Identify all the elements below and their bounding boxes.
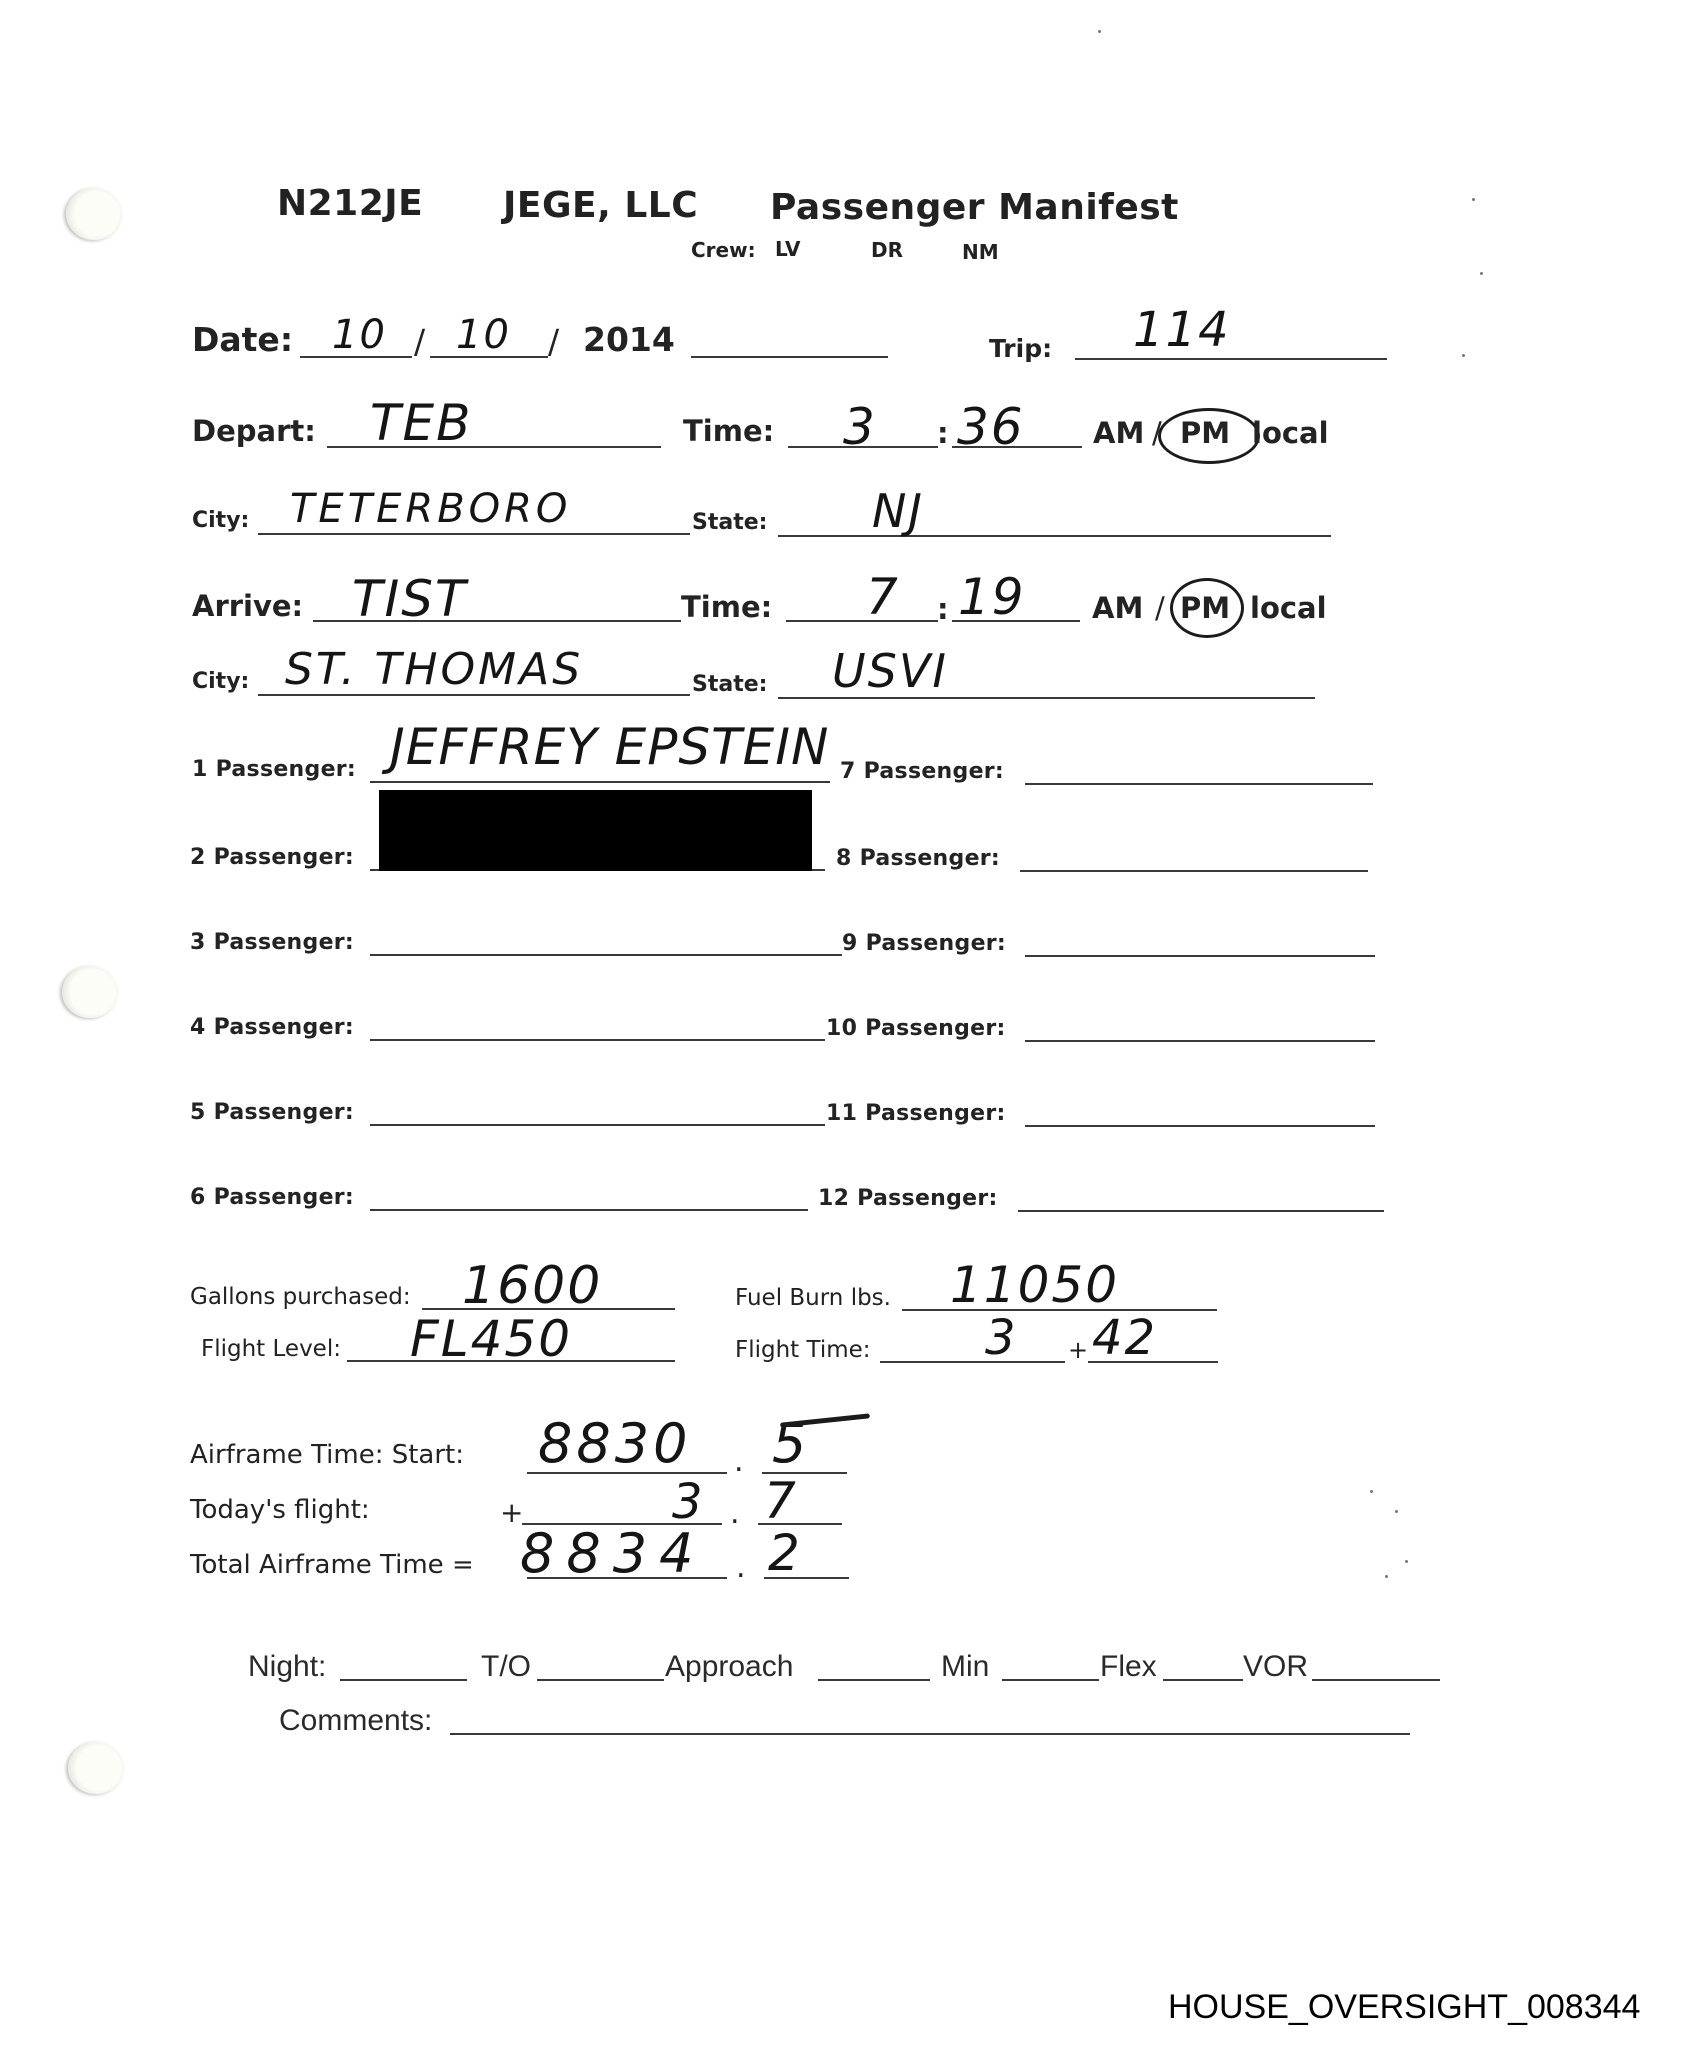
depart-city-field[interactable]: TETERBORO [290,486,571,532]
total-airframe-label: Total Airframe Time = [190,1550,474,1580]
date-label: Date: [192,320,293,359]
hole-punch-bottom [68,1742,124,1794]
passenger-7-line[interactable] [1025,783,1373,785]
depart-pm-selected-circle [1158,408,1260,464]
passenger-12-label: 12 Passenger: [818,1186,998,1211]
depart-state-field[interactable]: NJ [872,484,924,538]
total-airframe-dot: . [736,1550,746,1585]
flight-level-field[interactable]: FL450 [410,1310,572,1368]
passenger-2-label: 2 Passenger: [190,845,354,870]
approach-line[interactable] [818,1679,930,1681]
comments-line[interactable] [450,1733,1410,1735]
passenger-11-label: 11 Passenger: [826,1101,1006,1126]
night-line[interactable] [340,1679,467,1681]
redaction-box [379,790,812,871]
passenger-11-line[interactable] [1025,1125,1375,1127]
arrive-minute-field[interactable]: 19 [958,568,1026,626]
arrive-hour-line [786,620,938,622]
flight-level-label: Flight Level: [201,1336,341,1362]
passenger-7-label: 7 Passenger: [840,759,1004,784]
gallons-label: Gallons purchased: [190,1284,411,1310]
depart-minute-field[interactable]: 36 [957,398,1025,456]
date-year: 2014 [583,320,675,359]
crew-member-1: LV [775,237,800,261]
total-airframe-tenth-field[interactable]: 2 [768,1524,802,1582]
arrive-city-field[interactable]: ST. THOMAS [285,644,583,695]
depart-am-option[interactable]: AM [1093,416,1144,450]
page-title: Passenger Manifest [770,187,1179,228]
flight-time-plus: + [1068,1336,1088,1364]
min-label: Min [941,1650,989,1684]
date-separator: / [548,322,559,361]
trip-label: Trip: [989,334,1052,363]
todays-flight-dot: . [730,1496,740,1531]
depart-airport-field[interactable]: TEB [370,394,472,452]
takeoff-line[interactable] [537,1679,664,1681]
crew-member-2: DR [871,238,903,262]
crew-label: Crew: [691,238,756,262]
depart-local-label: local [1252,416,1329,450]
scan-speck [1385,1575,1388,1578]
passenger-3-line[interactable] [370,954,842,956]
scan-speck [1395,1510,1398,1513]
passenger-9-line[interactable] [1025,955,1375,957]
arrive-label: Arrive: [192,589,303,623]
todays-flight-label: Today's flight: [190,1495,370,1525]
trip-number-field[interactable]: 114 [1133,302,1231,358]
passenger-1-line [370,781,830,783]
arrive-airport-field[interactable]: TIST [352,570,468,628]
arrive-city-label: City: [192,669,249,694]
vor-line[interactable] [1312,1679,1440,1681]
airframe-start-dot: . [734,1444,744,1479]
date-day-field[interactable]: 10 [456,312,511,358]
arrive-state-label: State: [692,672,767,697]
hole-punch-middle [62,966,118,1018]
passenger-4-label: 4 Passenger: [190,1015,354,1040]
company-name: JEGE, LLC [503,185,698,226]
date-month-field[interactable]: 10 [332,312,387,358]
depart-city-label: City: [192,508,249,533]
passenger-3-label: 3 Passenger: [190,930,354,955]
passenger-6-label: 6 Passenger: [190,1185,354,1210]
night-label: Night: [248,1650,326,1684]
passenger-5-line[interactable] [370,1124,825,1126]
passenger-9-label: 9 Passenger: [842,931,1006,956]
arrive-state-field[interactable]: USVI [832,644,948,698]
passenger-1-label: 1 Passenger: [192,757,356,782]
todays-flight-tenth-field[interactable]: 7 [764,1472,798,1530]
passenger-12-line[interactable] [1018,1210,1384,1212]
depart-time-colon: : [937,416,949,450]
bates-number: HOUSE_OVERSIGHT_008344 [1168,1988,1640,2027]
depart-label: Depart: [192,414,316,448]
trip-line [1075,358,1387,360]
gallons-field[interactable]: 1600 [462,1256,602,1316]
scan-speck [1480,272,1483,275]
airframe-start-label: Airframe Time: Start: [190,1440,464,1470]
passenger-10-line[interactable] [1025,1040,1375,1042]
date-extra-line [691,356,888,358]
airframe-start-whole-field[interactable]: 8830 [538,1412,691,1475]
arrive-pm-selected-circle [1170,578,1244,638]
tail-number: N212JE [277,183,423,224]
flight-time-hours-field[interactable]: 3 [985,1310,1018,1366]
fuel-burn-field[interactable]: 11050 [950,1256,1119,1314]
depart-city-line [258,533,690,535]
arrive-hour-field[interactable]: 7 [866,568,900,626]
passenger-4-line[interactable] [370,1039,825,1041]
depart-state-label: State: [692,510,767,535]
flight-time-hours-line [880,1361,1065,1363]
total-airframe-whole-field[interactable]: 8834 [520,1522,705,1585]
arrive-am-option[interactable]: AM [1092,591,1143,625]
scan-speck [1405,1560,1408,1563]
passenger-5-label: 5 Passenger: [190,1100,354,1125]
takeoff-label: T/O [481,1650,531,1684]
date-separator: / [414,322,425,361]
crew-member-3: NM [962,240,999,264]
passenger-8-label: 8 Passenger: [836,846,1000,871]
flex-label: Flex [1100,1650,1157,1684]
min-line[interactable] [1002,1679,1099,1681]
hole-punch-top [66,188,122,240]
depart-state-line [778,535,1331,537]
flight-time-minutes-field[interactable]: 42 [1092,1310,1157,1366]
passenger-8-line[interactable] [1020,870,1368,872]
vor-label: VOR [1243,1650,1308,1684]
flex-line[interactable] [1163,1679,1243,1681]
passenger-1-field[interactable]: JEFFREY EPSTEIN [390,718,829,776]
arrive-time-colon: : [937,592,949,626]
scan-speck [1098,30,1101,33]
fuel-burn-label: Fuel Burn lbs. [735,1285,891,1311]
approach-label: Approach [665,1650,793,1684]
depart-time-label: Time: [683,414,774,448]
arrive-local-label: local [1250,591,1327,625]
passenger-6-line[interactable] [370,1209,808,1211]
depart-hour-field[interactable]: 3 [843,398,877,456]
passenger-10-label: 10 Passenger: [826,1016,1006,1041]
scan-speck [1472,198,1475,201]
flight-time-label: Flight Time: [735,1337,871,1363]
comments-label: Comments: [279,1704,432,1738]
scan-speck [1370,1490,1373,1493]
scan-speck [1462,354,1465,357]
arrive-time-label: Time: [681,590,772,624]
arrive-ampm-separator: / [1155,591,1165,625]
